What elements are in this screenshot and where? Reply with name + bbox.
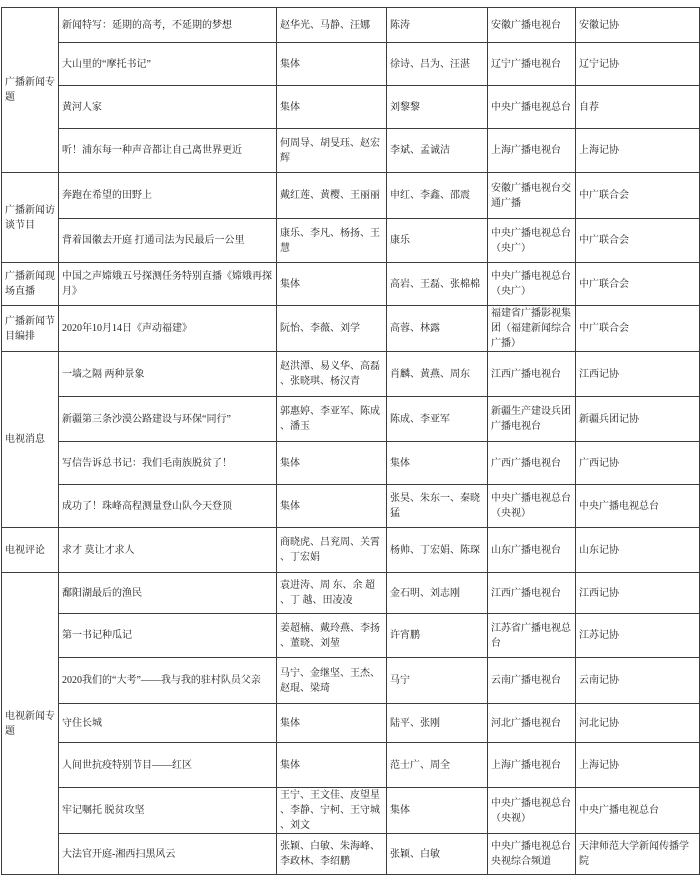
table-row: 新疆第三条沙漠公路建设与环保“同行” 郭惠婷、李亚军、陈成、潘玉 陈成、李亚军 … — [2, 397, 700, 442]
table-row: 大山里的“摩托书记” 集体 徐诗、吕为、汪湛 辽宁广播电视台 辽宁记协 — [2, 43, 700, 86]
table-row: 牢记嘱托 脱贫攻坚 王宁、王文佳、皮望星、李静、宁柯、王守城、刘文 集体 中央广… — [2, 788, 700, 834]
table-row: 背着国徽去开庭 打通司法为民最后一公里 康乐、李凡、杨扬、王慧 康乐 中央广播电… — [2, 219, 700, 263]
authors-cell: 赵华光、马静、汪娜 — [277, 8, 387, 43]
unit-cell: 中广联合会 — [576, 306, 700, 352]
title-cell: 2020我们的“大考”——我与我的驻村队员父亲 — [59, 658, 277, 704]
org-cell: 中央广播电视总台（央视） — [488, 788, 576, 834]
org-cell: 福建省广播影视集团（福建新闻综合广播） — [488, 306, 576, 352]
unit-cell: 河北记协 — [576, 704, 700, 743]
editors-cell: 杨帅、丁宏娟、陈琛 — [387, 528, 488, 573]
authors-cell: 集体 — [277, 263, 387, 306]
authors-cell: 集体 — [277, 485, 387, 528]
authors-cell: 集体 — [277, 442, 387, 485]
unit-cell: 中广联合会 — [576, 219, 700, 263]
title-cell: 鄱阳湖最后的渔民 — [59, 573, 277, 614]
org-cell: 上海广播电视台 — [488, 129, 576, 173]
editors-cell: 肖麟、黄燕、周东 — [387, 352, 488, 397]
awards-table: 广播新闻专题 新闻特写：延期的高考，不延期的梦想 赵华光、马静、汪娜 陈涛 安徽… — [1, 7, 700, 875]
org-cell: 上海广播电视台 — [488, 743, 576, 788]
unit-cell: 中广联合会 — [576, 263, 700, 306]
table-row: 听！浦东每一种声音都让自己离世界更近 何周导、胡旻珏、赵宏辉 李斌、孟诚洁 上海… — [2, 129, 700, 173]
title-cell: 成功了！珠峰高程测量登山队今天登顶 — [59, 485, 277, 528]
authors-cell: 商晓虎、吕兖周、关霄、丁宏娟 — [277, 528, 387, 573]
title-cell: 求才 莫让才求人 — [59, 528, 277, 573]
category-cell: 广播新闻访谈节目 — [2, 173, 59, 263]
table-row: 守住长城 集体 陆平、张刚 河北广播电视台 河北记协 — [2, 704, 700, 743]
table-row: 电视新闻专题 鄱阳湖最后的渔民 袁进涛、周 东、余 超、丁 越、田凌凌 金石明、… — [2, 573, 700, 614]
unit-cell: 江西记协 — [576, 573, 700, 614]
authors-cell: 集体 — [277, 86, 387, 129]
org-cell: 河北广播电视台 — [488, 704, 576, 743]
unit-cell: 自荐 — [576, 86, 700, 129]
editors-cell: 集体 — [387, 788, 488, 834]
unit-cell: 辽宁记协 — [576, 43, 700, 86]
table-row: 电视评论 求才 莫让才求人 商晓虎、吕兖周、关霄、丁宏娟 杨帅、丁宏娟、陈琛 山… — [2, 528, 700, 573]
editors-cell: 高岩、王磊、张棉棉 — [387, 263, 488, 306]
org-cell: 中央广播电视总台 — [488, 86, 576, 129]
authors-cell: 赵洪潭、易义华、高磊、张晓琪、杨汉青 — [277, 352, 387, 397]
unit-cell: 云南记协 — [576, 658, 700, 704]
unit-cell: 江苏记协 — [576, 614, 700, 658]
org-cell: 云南广播电视台 — [488, 658, 576, 704]
authors-cell: 集体 — [277, 743, 387, 788]
editors-cell: 高蓉、林露 — [387, 306, 488, 352]
table-row: 人间世抗疫特别节目——红区 集体 范士广、周全 上海广播电视台 上海记协 — [2, 743, 700, 788]
authors-cell: 王宁、王文佳、皮望星、李静、宁柯、王守城、刘文 — [277, 788, 387, 834]
title-cell: 黄河人家 — [59, 86, 277, 129]
editors-cell: 马宁 — [387, 658, 488, 704]
category-cell: 广播新闻专题 — [2, 8, 59, 173]
table-row: 广播新闻现场直播 中国之声嫦娥五号探测任务特别直播《嫦娥再探月》 集体 高岩、王… — [2, 263, 700, 306]
table-row: 广播新闻专题 新闻特写：延期的高考，不延期的梦想 赵华光、马静、汪娜 陈涛 安徽… — [2, 8, 700, 43]
table-row: 广播新闻节目编排 2020年10月14日《声动福建》 阮怡、李薇、刘学 高蓉、林… — [2, 306, 700, 352]
authors-cell: 郭惠婷、李亚军、陈成、潘玉 — [277, 397, 387, 442]
editors-cell: 康乐 — [387, 219, 488, 263]
authors-cell: 集体 — [277, 43, 387, 86]
org-cell: 江苏省广播电视总台 — [488, 614, 576, 658]
authors-cell: 张颖、白敏、朱海峰、李政林、李绍鹏 — [277, 834, 387, 875]
org-cell: 中央广播电视总台央视综合频道 — [488, 834, 576, 875]
unit-cell: 中广联合会 — [576, 173, 700, 219]
editors-cell: 陆平、张刚 — [387, 704, 488, 743]
title-cell: 奔跑在希望的田野上 — [59, 173, 277, 219]
editors-cell: 范士广、周全 — [387, 743, 488, 788]
org-cell: 中央广播电视总台（央广） — [488, 219, 576, 263]
title-cell: 守住长城 — [59, 704, 277, 743]
authors-cell: 何周导、胡旻珏、赵宏辉 — [277, 129, 387, 173]
editors-cell: 集体 — [387, 442, 488, 485]
title-cell: 听！浦东每一种声音都让自己离世界更近 — [59, 129, 277, 173]
editors-cell: 陈涛 — [387, 8, 488, 43]
category-cell: 电视评论 — [2, 528, 59, 573]
editors-cell: 张昊、朱东一、秦晓猛 — [387, 485, 488, 528]
authors-cell: 戴红莲、黄樱、王丽丽 — [277, 173, 387, 219]
org-cell: 江西广播电视台 — [488, 573, 576, 614]
editors-cell: 陈成、李亚军 — [387, 397, 488, 442]
authors-cell: 马宁、金继坚、王杰、赵琨、梁琦 — [277, 658, 387, 704]
editors-cell: 刘黎黎 — [387, 86, 488, 129]
editors-cell: 张颖、白敏 — [387, 834, 488, 875]
title-cell: 大山里的“摩托书记” — [59, 43, 277, 86]
title-cell: 中国之声嫦娥五号探测任务特别直播《嫦娥再探月》 — [59, 263, 277, 306]
category-cell: 电视消息 — [2, 352, 59, 528]
unit-cell: 广西记协 — [576, 442, 700, 485]
unit-cell: 中央广播电视总台 — [576, 485, 700, 528]
org-cell: 辽宁广播电视台 — [488, 43, 576, 86]
title-cell: 牢记嘱托 脱贫攻坚 — [59, 788, 277, 834]
org-cell: 安徽广播电视台交通广播 — [488, 173, 576, 219]
title-cell: 人间世抗疫特别节目——红区 — [59, 743, 277, 788]
table-row: 黄河人家 集体 刘黎黎 中央广播电视总台 自荐 — [2, 86, 700, 129]
unit-cell: 上海记协 — [576, 129, 700, 173]
title-cell: 背着国徽去开庭 打通司法为民最后一公里 — [59, 219, 277, 263]
table-row: 电视消息 一墙之隔 两种景象 赵洪潭、易义华、高磊、张晓琪、杨汉青 肖麟、黄燕、… — [2, 352, 700, 397]
title-cell: 第一书记种瓜记 — [59, 614, 277, 658]
org-cell: 中央广播电视总台（央视） — [488, 485, 576, 528]
title-cell: 一墙之隔 两种景象 — [59, 352, 277, 397]
authors-cell: 姜超楠、戴玲燕、李扬、董晓、刘堃 — [277, 614, 387, 658]
table-row: 2020我们的“大考”——我与我的驻村队员父亲 马宁、金继坚、王杰、赵琨、梁琦 … — [2, 658, 700, 704]
unit-cell: 安徽记协 — [576, 8, 700, 43]
title-cell: 写信告诉总书记：我们毛南族脱贫了！ — [59, 442, 277, 485]
category-cell: 电视新闻专题 — [2, 573, 59, 875]
title-cell: 大法官开庭-湘西扫黑风云 — [59, 834, 277, 875]
table-row: 成功了！珠峰高程测量登山队今天登顶 集体 张昊、朱东一、秦晓猛 中央广播电视总台… — [2, 485, 700, 528]
table-row: 广播新闻访谈节目 奔跑在希望的田野上 戴红莲、黄樱、王丽丽 申红、李鑫、邵震 安… — [2, 173, 700, 219]
title-cell: 2020年10月14日《声动福建》 — [59, 306, 277, 352]
unit-cell: 新疆兵团记协 — [576, 397, 700, 442]
org-cell: 江西广播电视台 — [488, 352, 576, 397]
unit-cell: 中央广播电视总台 — [576, 788, 700, 834]
table-row: 写信告诉总书记：我们毛南族脱贫了！ 集体 集体 广西广播电视台 广西记协 — [2, 442, 700, 485]
table-row: 大法官开庭-湘西扫黑风云 张颖、白敏、朱海峰、李政林、李绍鹏 张颖、白敏 中央广… — [2, 834, 700, 875]
authors-cell: 阮怡、李薇、刘学 — [277, 306, 387, 352]
editors-cell: 许宵鹏 — [387, 614, 488, 658]
editors-cell: 李斌、孟诚洁 — [387, 129, 488, 173]
authors-cell: 康乐、李凡、杨扬、王慧 — [277, 219, 387, 263]
org-cell: 广西广播电视台 — [488, 442, 576, 485]
authors-cell: 袁进涛、周 东、余 超、丁 越、田凌凌 — [277, 573, 387, 614]
title-cell: 新疆第三条沙漠公路建设与环保“同行” — [59, 397, 277, 442]
title-cell: 新闻特写：延期的高考，不延期的梦想 — [59, 8, 277, 43]
editors-cell: 徐诗、吕为、汪湛 — [387, 43, 488, 86]
unit-cell: 上海记协 — [576, 743, 700, 788]
org-cell: 新疆生产建设兵团广播电视台 — [488, 397, 576, 442]
editors-cell: 申红、李鑫、邵震 — [387, 173, 488, 219]
org-cell: 山东广播电视台 — [488, 528, 576, 573]
table-row: 第一书记种瓜记 姜超楠、戴玲燕、李扬、董晓、刘堃 许宵鹏 江苏省广播电视总台 江… — [2, 614, 700, 658]
editors-cell: 金石明、刘志刚 — [387, 573, 488, 614]
category-cell: 广播新闻节目编排 — [2, 306, 59, 352]
authors-cell: 集体 — [277, 704, 387, 743]
category-cell: 广播新闻现场直播 — [2, 263, 59, 306]
unit-cell: 山东记协 — [576, 528, 700, 573]
unit-cell: 天津师范大学新闻传播学院 — [576, 834, 700, 875]
unit-cell: 江西记协 — [576, 352, 700, 397]
org-cell: 中央广播电视总台（央广） — [488, 263, 576, 306]
org-cell: 安徽广播电视台 — [488, 8, 576, 43]
